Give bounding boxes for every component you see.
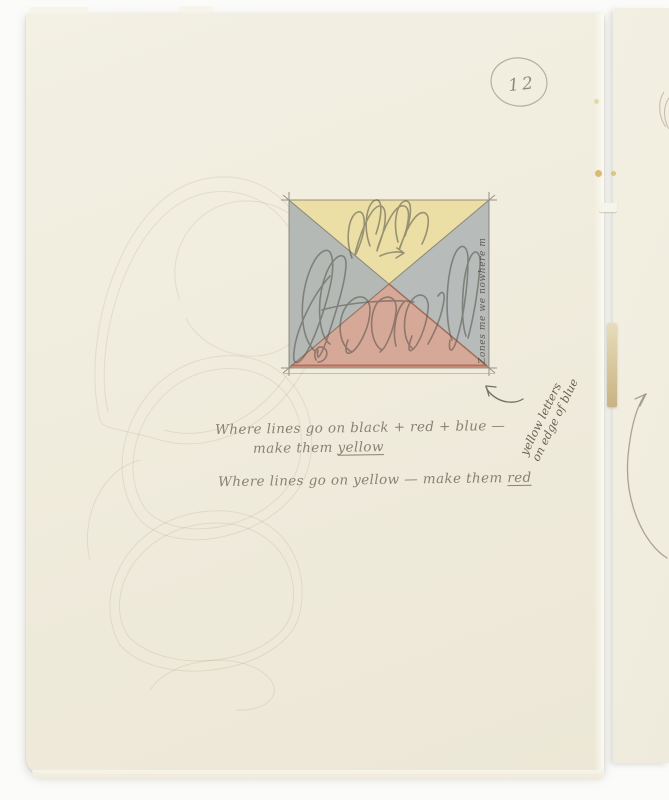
square-edge-note: Zones me we nowhere m	[478, 237, 488, 365]
edge-sketch-fragment	[660, 92, 669, 129]
instruction-note-1-line-2-prefix: make them	[253, 440, 338, 457]
page-number: 12	[507, 73, 537, 96]
color-study-square: Zones me we nowhere m	[281, 192, 497, 376]
page-number-circle: 12	[488, 54, 550, 109]
instruction-note-1-underlined-word: yellow	[337, 439, 384, 456]
instruction-note-2-underlined-word: red	[507, 470, 532, 486]
adjacent-sheet-arrow	[627, 394, 667, 558]
instruction-note-1-line-2: make them yellow	[253, 439, 384, 457]
scan-background: Zones me we nowhere m 12 Where lines go …	[0, 0, 669, 800]
corner-arrow	[486, 386, 523, 402]
